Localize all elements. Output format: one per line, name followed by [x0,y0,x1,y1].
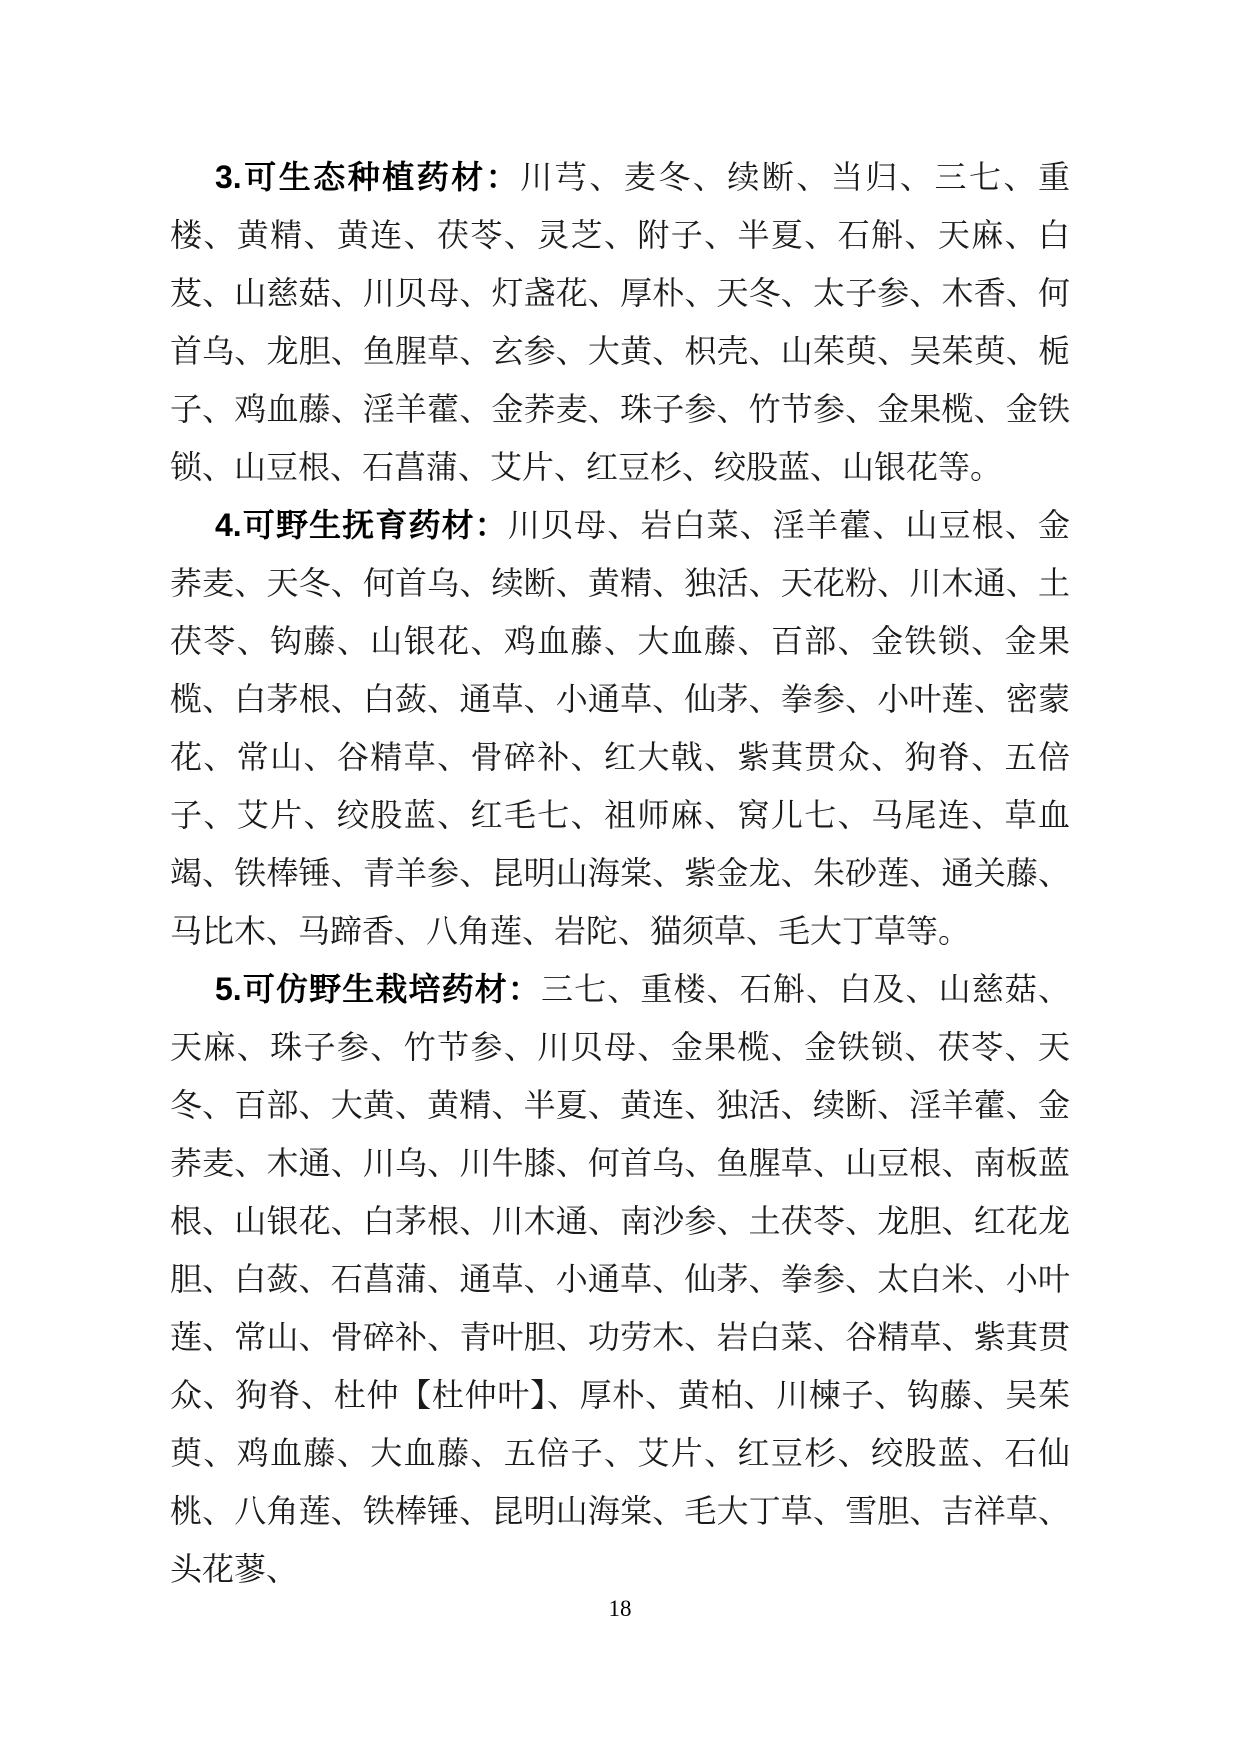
page-number: 18 [0,1596,1240,1622]
document-body: 3.可生态种植药材：川芎、麦冬、续断、当归、三七、重楼、黄精、黄连、茯苓、灵芝、… [170,148,1070,1598]
document-page: 3.可生态种植药材：川芎、麦冬、续断、当归、三七、重楼、黄精、黄连、茯苓、灵芝、… [0,0,1240,1754]
section-body-wild-tending: 川贝母、岩白菜、淫羊藿、山豆根、金荞麦、天冬、何首乌、续断、黄精、独活、天花粉、… [170,507,1070,949]
paragraph-wild-imitation-cultivation-herbs: 5.可仿野生栽培药材：三七、重楼、石斛、白及、山慈菇、天麻、珠子参、竹节参、川贝… [170,960,1070,1598]
section-label-wild-tending: 4.可野生抚育药材： [215,507,508,543]
section-body-wild-imitation-cultivation: 三七、重楼、石斛、白及、山慈菇、天麻、珠子参、竹节参、川贝母、金果榄、金铁锁、茯… [170,971,1070,1587]
paragraph-wild-tending-herbs: 4.可野生抚育药材：川贝母、岩白菜、淫羊藿、山豆根、金荞麦、天冬、何首乌、续断、… [170,496,1070,960]
section-label-eco-planting: 3.可生态种植药材： [215,159,520,195]
section-label-wild-imitation-cultivation: 5.可仿野生栽培药材： [215,971,541,1007]
paragraph-eco-planting-herbs: 3.可生态种植药材：川芎、麦冬、续断、当归、三七、重楼、黄精、黄连、茯苓、灵芝、… [170,148,1070,496]
section-body-eco-planting: 川芎、麦冬、续断、当归、三七、重楼、黄精、黄连、茯苓、灵芝、附子、半夏、石斛、天… [170,159,1070,485]
